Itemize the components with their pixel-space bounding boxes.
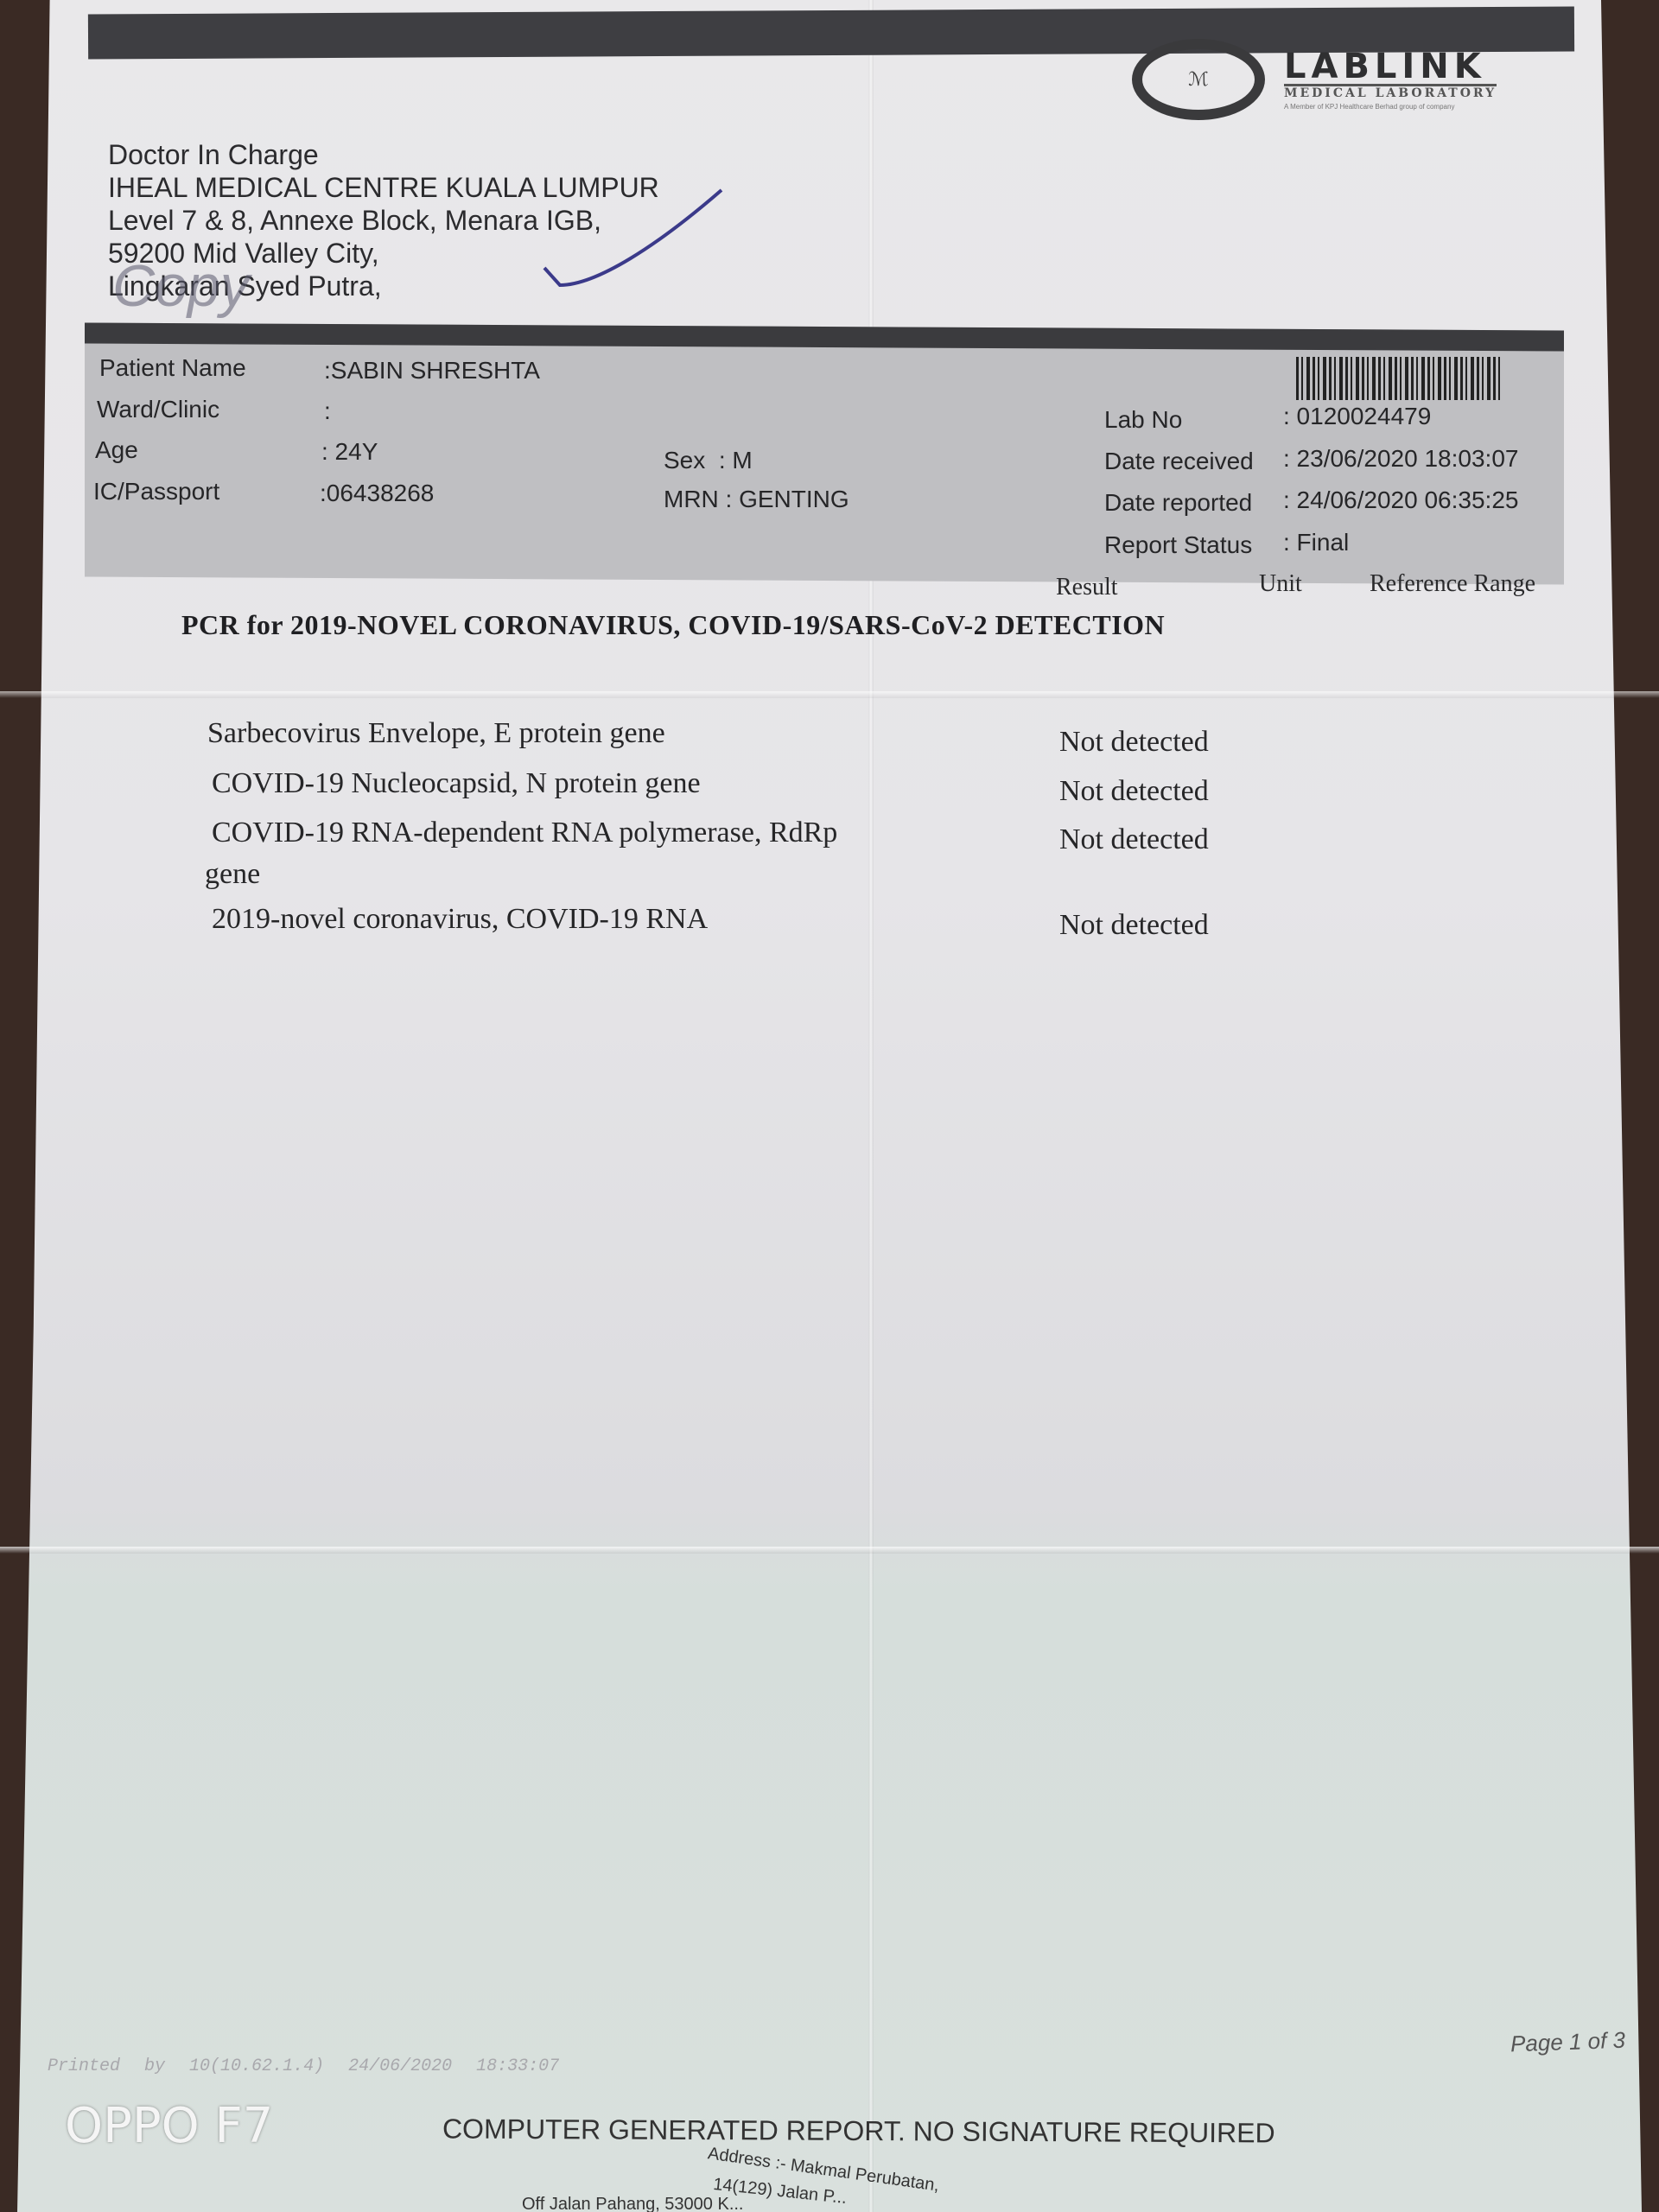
date-received-label: Date received xyxy=(1104,448,1254,475)
column-header-unit: Unit xyxy=(1259,570,1302,598)
result-row-test-name: COVID-19 Nucleocapsid, N protein gene xyxy=(212,767,701,800)
barcode-icon xyxy=(1296,357,1503,400)
lab-address-line: Off Jalan Pahang, 53000 K... xyxy=(522,2195,743,2212)
ward-label: Ward/Clinic xyxy=(97,396,219,423)
page-number: Page 1 of 3 xyxy=(1510,2027,1625,2058)
mrn-field: MRN : GENTING xyxy=(664,486,849,513)
patient-name-label: Patient Name xyxy=(99,354,246,382)
sex-value: : M xyxy=(719,447,753,474)
lab-logo: ℳ LABLINK MEDICAL LABORATORY A Member of… xyxy=(1132,39,1497,120)
test-title: PCR for 2019-NOVEL CORONAVIRUS, COVID-19… xyxy=(181,609,1165,641)
fold-crease-horizontal xyxy=(0,1547,1659,1554)
printed-by-line: Printed by 10(10.62.1.4) 24/06/2020 18:3… xyxy=(48,2056,559,2076)
patient-name-value: :SABIN SHRESHTA xyxy=(324,357,540,385)
lab-no-value: : 0120024479 xyxy=(1283,403,1431,430)
ic-value: :06438268 xyxy=(320,480,434,507)
computer-generated-notice: COMPUTER GENERATED REPORT. NO SIGNATURE … xyxy=(442,2113,1275,2149)
result-row-test-name: Sarbecovirus Envelope, E protein gene xyxy=(207,717,665,750)
mrn-label: MRN xyxy=(664,486,719,512)
age-value: : 24Y xyxy=(321,438,378,466)
result-row-value: Not detected xyxy=(1059,775,1209,808)
lab-name: LABLINK xyxy=(1284,49,1497,86)
ward-value: : xyxy=(324,397,331,425)
lab-subtitle: MEDICAL LABORATORY xyxy=(1284,86,1497,100)
result-row-value: Not detected xyxy=(1059,823,1209,856)
date-reported-value: : 24/06/2020 06:35:25 xyxy=(1283,486,1518,514)
lab-no-label: Lab No xyxy=(1104,406,1182,434)
result-row-value: Not detected xyxy=(1059,726,1209,759)
printed-at: 24/06/2020 18:33:07 xyxy=(348,2056,559,2076)
doctor-label: Doctor In Charge xyxy=(108,138,659,171)
printer-id: 10(10.62.1.4) xyxy=(189,2056,324,2076)
sex-label: Sex xyxy=(664,447,705,474)
result-row-test-name-continued: gene xyxy=(205,858,260,891)
copy-stamp: Copy xyxy=(112,252,250,320)
result-row-test-name: 2019-novel coronavirus, COVID-19 RNA xyxy=(212,903,708,936)
lab-tagline: A Member of KPJ Healthcare Berhad group … xyxy=(1284,103,1497,111)
age-label: Age xyxy=(95,436,138,464)
sex-field: Sex : M xyxy=(664,447,753,474)
report-status-value: : Final xyxy=(1283,529,1349,556)
date-received-value: : 23/06/2020 18:03:07 xyxy=(1283,445,1518,473)
report-status-label: Report Status xyxy=(1104,531,1252,559)
result-row-test-name: COVID-19 RNA-dependent RNA polymerase, R… xyxy=(212,817,837,849)
fold-crease-horizontal xyxy=(0,691,1659,698)
date-reported-label: Date reported xyxy=(1104,489,1252,517)
mrn-value: : GENTING xyxy=(726,486,849,512)
printed-by-label: Printed by xyxy=(48,2056,165,2076)
lablink-logo-icon: ℳ xyxy=(1132,39,1265,120)
checkmark-icon xyxy=(536,186,726,298)
camera-watermark: OPPO F7 xyxy=(65,2098,273,2154)
column-header-reference-range: Reference Range xyxy=(1370,570,1535,598)
ic-label: IC/Passport xyxy=(93,478,219,505)
column-header-result: Result xyxy=(1056,574,1118,601)
result-row-value: Not detected xyxy=(1059,909,1209,942)
